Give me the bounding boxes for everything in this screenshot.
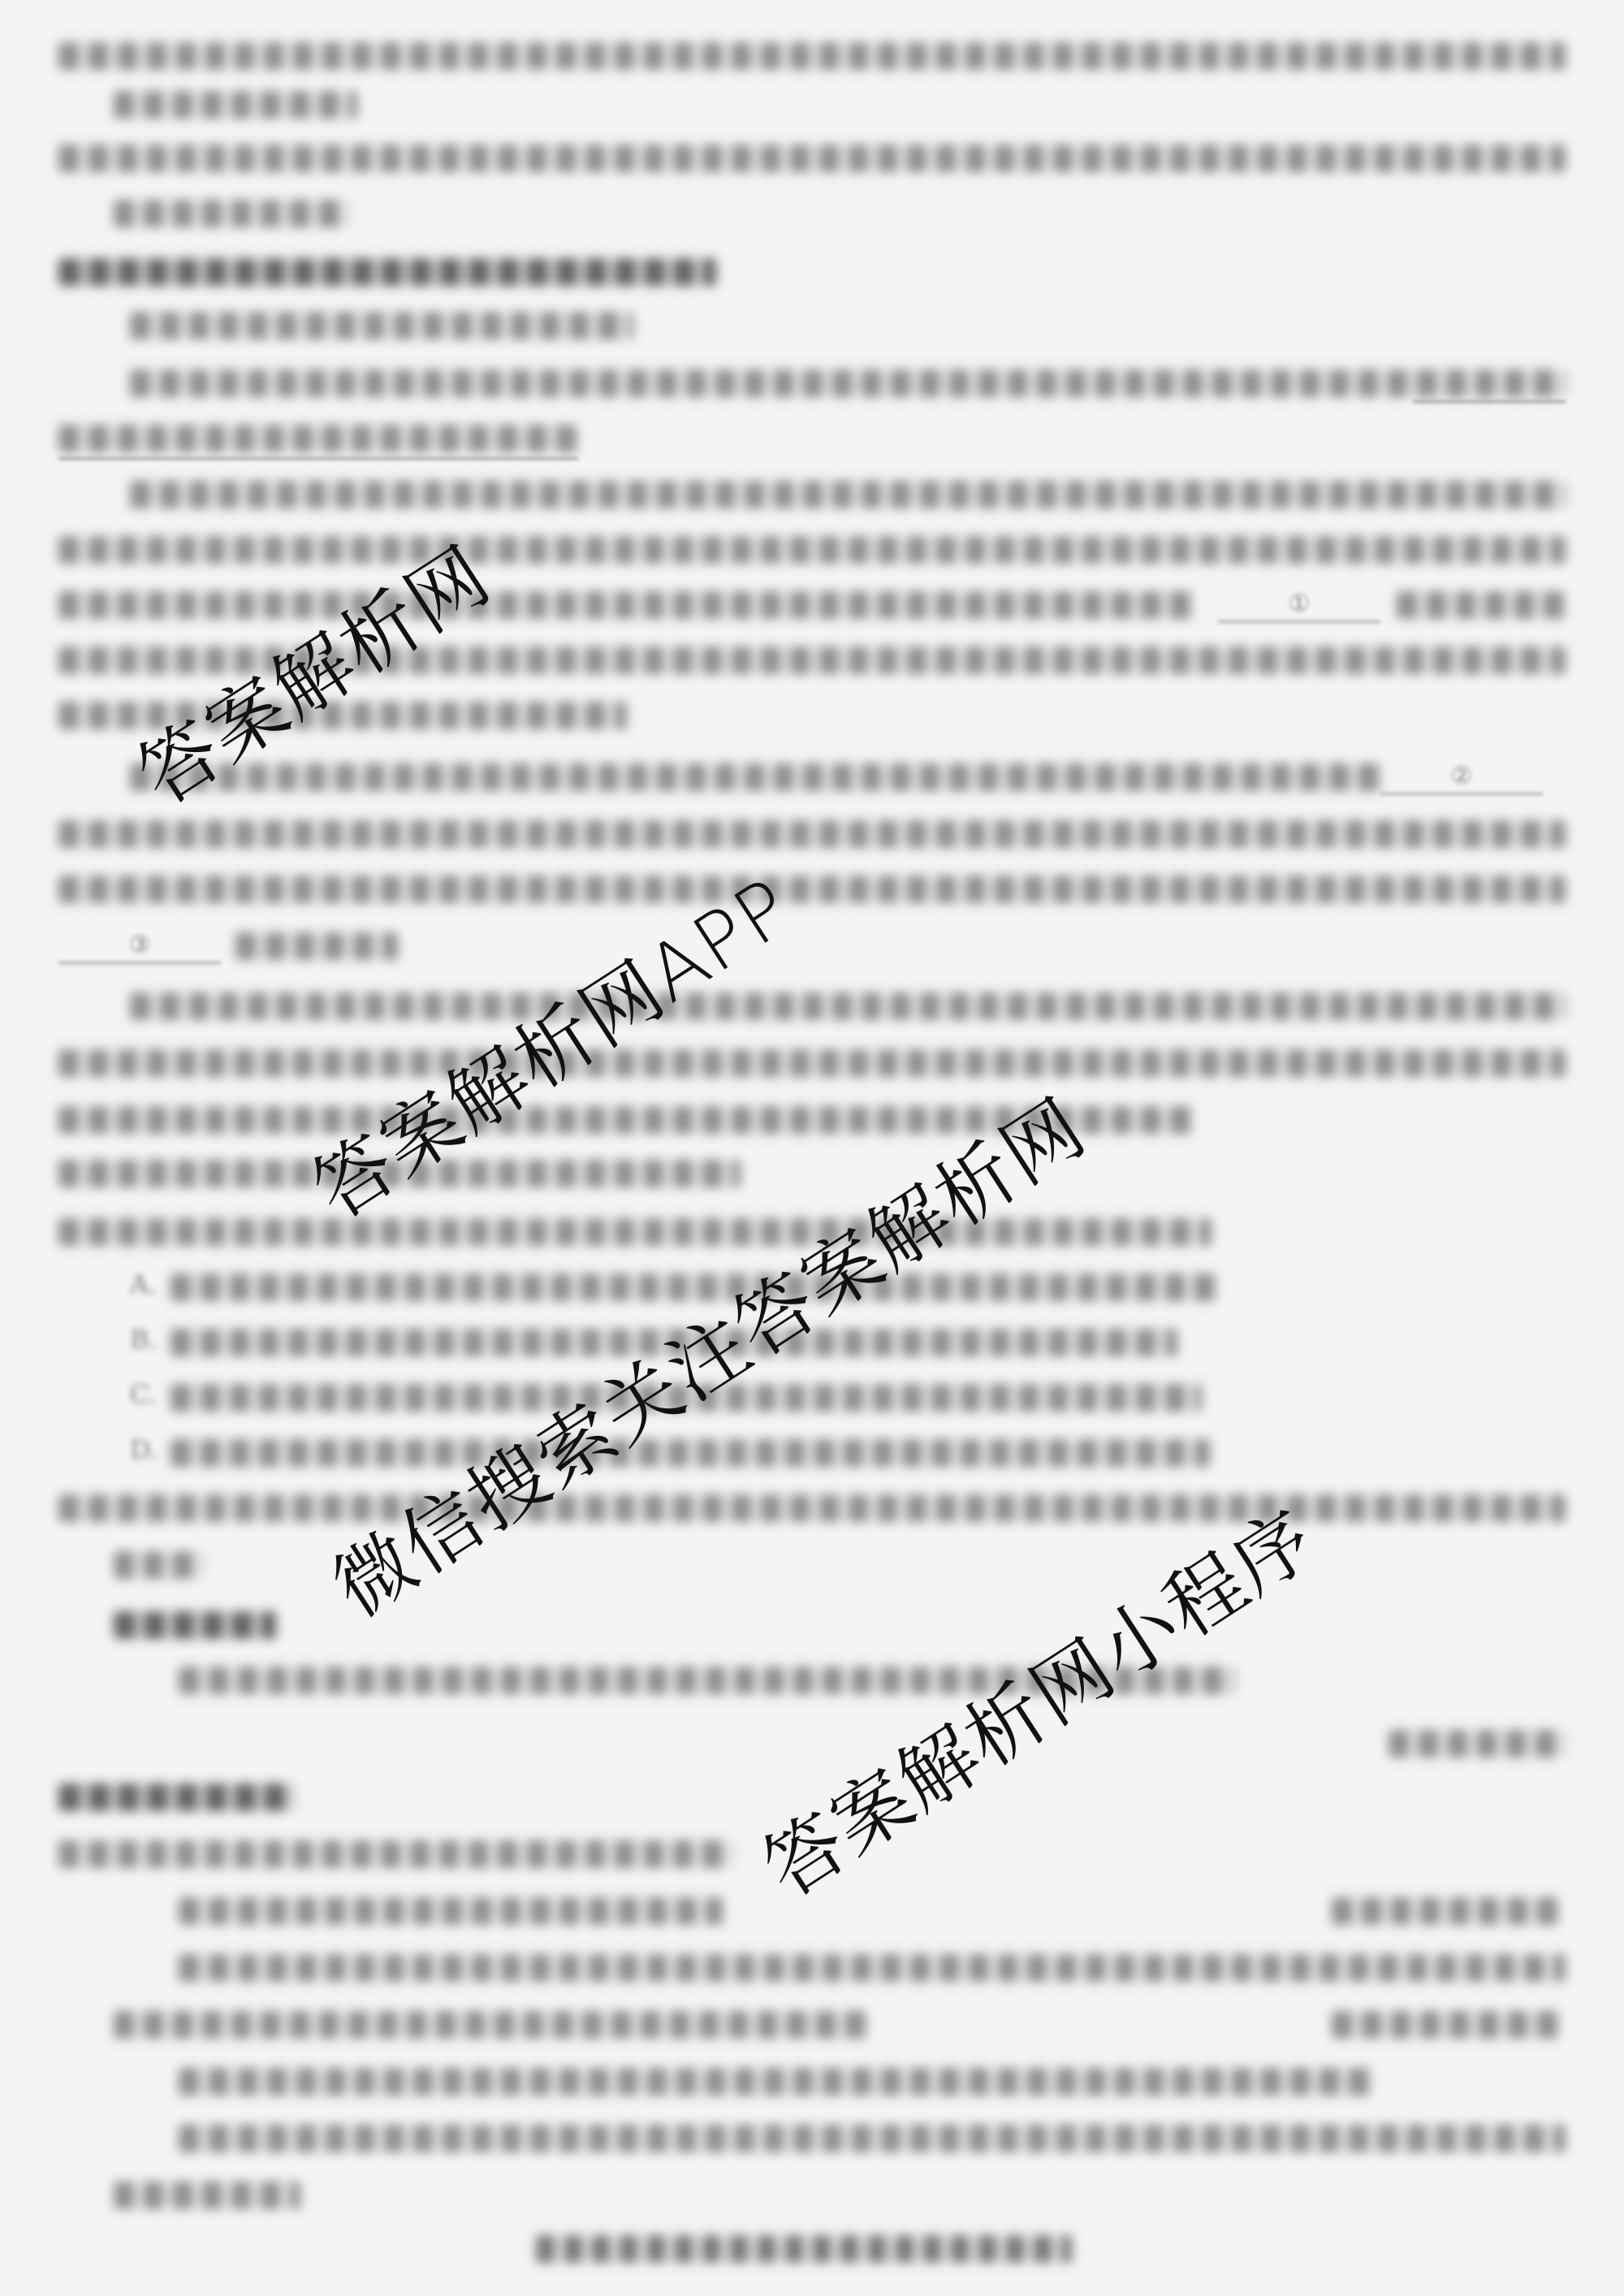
question-19-line-1 [58, 145, 1566, 172]
passage-p2-line-2 [58, 536, 1566, 564]
exam-page: ① ② ③ A. B. C. D. 答案解析网 答案解析网APP 微信搜索关注答… [0, 0, 1624, 2296]
writing-requirements-line-2 [114, 2181, 300, 2209]
passage-p2-line-1 [130, 481, 1566, 508]
material-2-line-1 [179, 1954, 1566, 1982]
material-1 [179, 1897, 723, 1925]
section-heading-language-use-2 [58, 258, 716, 286]
passage-p1-line-1 [130, 370, 1566, 397]
watermark-4: 答案解析网小程序 [739, 1478, 1333, 1918]
question-22-line-2 [114, 1551, 203, 1579]
question-21 [58, 1218, 1212, 1246]
option-d-letter: D. [130, 1434, 158, 1465]
passage-p3-line-4 [235, 932, 398, 960]
passage-p4-line-2 [58, 1049, 1566, 1077]
material-source [1389, 1730, 1566, 1758]
material-2-line-2 [114, 2011, 869, 2039]
writing-requirements-line-1 [179, 2125, 1566, 2152]
blank-2: ② [1380, 760, 1543, 795]
passage-instruction [130, 312, 633, 339]
option-b-letter: B. [130, 1324, 158, 1355]
blank-3: ③ [58, 929, 221, 964]
question-19-line-2 [114, 200, 349, 227]
question-18-line-1 [58, 42, 1566, 70]
section-heading-writing [58, 1784, 294, 1811]
passage-p3-line-1 [130, 763, 1380, 791]
blank-1: ① [1218, 588, 1380, 623]
option-a-letter: A. [130, 1269, 157, 1299]
question-22-line-1 [58, 1494, 1566, 1522]
material-1-source [1332, 1897, 1566, 1925]
question-18-line-2 [114, 91, 357, 119]
material-label [114, 1611, 276, 1639]
page-footer [536, 2235, 1072, 2263]
passage-p3-line-3 [58, 876, 1566, 903]
material-2-source [1332, 2011, 1566, 2039]
underline-sentence [1413, 400, 1566, 403]
passage-p2-line-3b [1397, 591, 1566, 619]
option-d [171, 1439, 1210, 1467]
underline-sentence [58, 457, 578, 460]
question-23 [58, 1840, 732, 1868]
passage-p4-line-1 [130, 992, 1566, 1020]
option-c-letter: C. [130, 1379, 158, 1410]
passage-p3-line-2 [58, 820, 1566, 848]
passage-p1-line-2 [58, 425, 578, 452]
writing-prompt [179, 2068, 1372, 2095]
passage-p2-line-3 [58, 591, 1195, 619]
